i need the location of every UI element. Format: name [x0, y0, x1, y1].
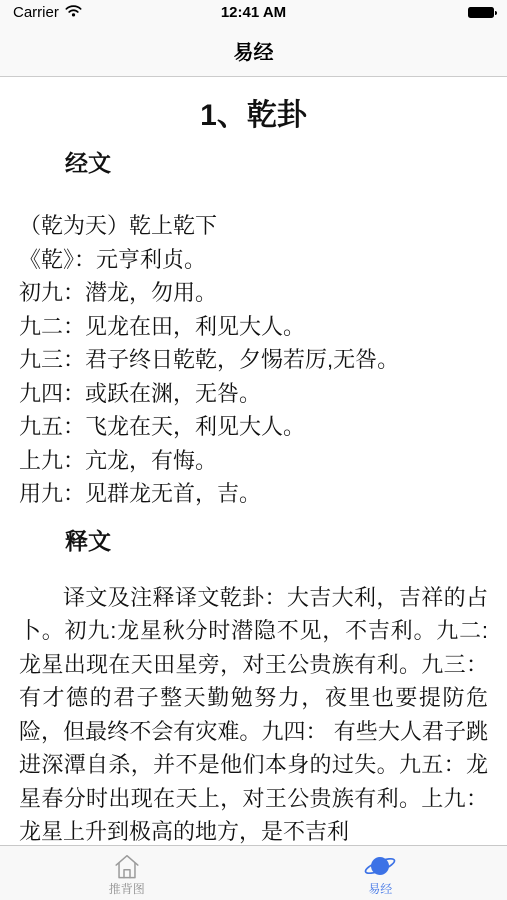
tab-bar: 推背图 易经 [0, 845, 507, 900]
scripture-line: 用九：见群龙无首，吉。 [19, 477, 488, 511]
scripture-line: （乾为天）乾上乾下 [19, 209, 488, 243]
nav-bar: 易经 [0, 25, 507, 76]
tab-label-yijing: 易经 [368, 882, 392, 896]
wifi-icon [65, 4, 82, 21]
top-bars: Carrier 12:41 AM 易经 [0, 0, 507, 77]
tab-label-tuibeitu: 推背图 [109, 882, 145, 896]
section-label-shiwen: 释文 [19, 526, 488, 556]
scripture-line: 九四：或跃在渊，无咎。 [19, 377, 488, 411]
carrier-label: Carrier [13, 4, 59, 21]
scripture-list: （乾为天）乾上乾下 《乾》：元亨利贞。 初九：潜龙，勿用。 九二：见龙在田，利见… [19, 209, 488, 511]
scripture-line: 《乾》：元亨利贞。 [19, 243, 488, 277]
tab-yijing[interactable]: 易经 [254, 846, 507, 900]
interpretation-paragraph: 译文及注释译文乾卦：大吉大利，吉祥的占卜。初九:龙星秋分时潜隐不见，不吉利。九二… [19, 581, 488, 846]
scripture-line: 九五：飞龙在天，利见大人。 [19, 410, 488, 444]
status-bar: Carrier 12:41 AM [0, 0, 507, 25]
section-label-jingwen: 经文 [19, 148, 488, 178]
planet-icon [361, 850, 399, 882]
scripture-line: 上九：亢龙，有悔。 [19, 444, 488, 478]
scripture-line: 九三：君子终日乾乾，夕惕若厉,无咎。 [19, 343, 488, 377]
scripture-line: 初九：潜龙，勿用。 [19, 276, 488, 310]
battery-icon [468, 7, 494, 18]
tab-tuibeitu[interactable]: 推背图 [0, 846, 254, 900]
content-scroll[interactable]: 1、乾卦 经文 （乾为天）乾上乾下 《乾》：元亨利贞。 初九：潜龙，勿用。 九二… [0, 77, 507, 845]
page-title: 1、乾卦 [19, 98, 488, 134]
home-icon [112, 850, 142, 882]
scripture-line: 九二：见龙在田，利见大人。 [19, 310, 488, 344]
nav-title: 易经 [234, 36, 274, 65]
carrier-group: Carrier [13, 4, 82, 21]
